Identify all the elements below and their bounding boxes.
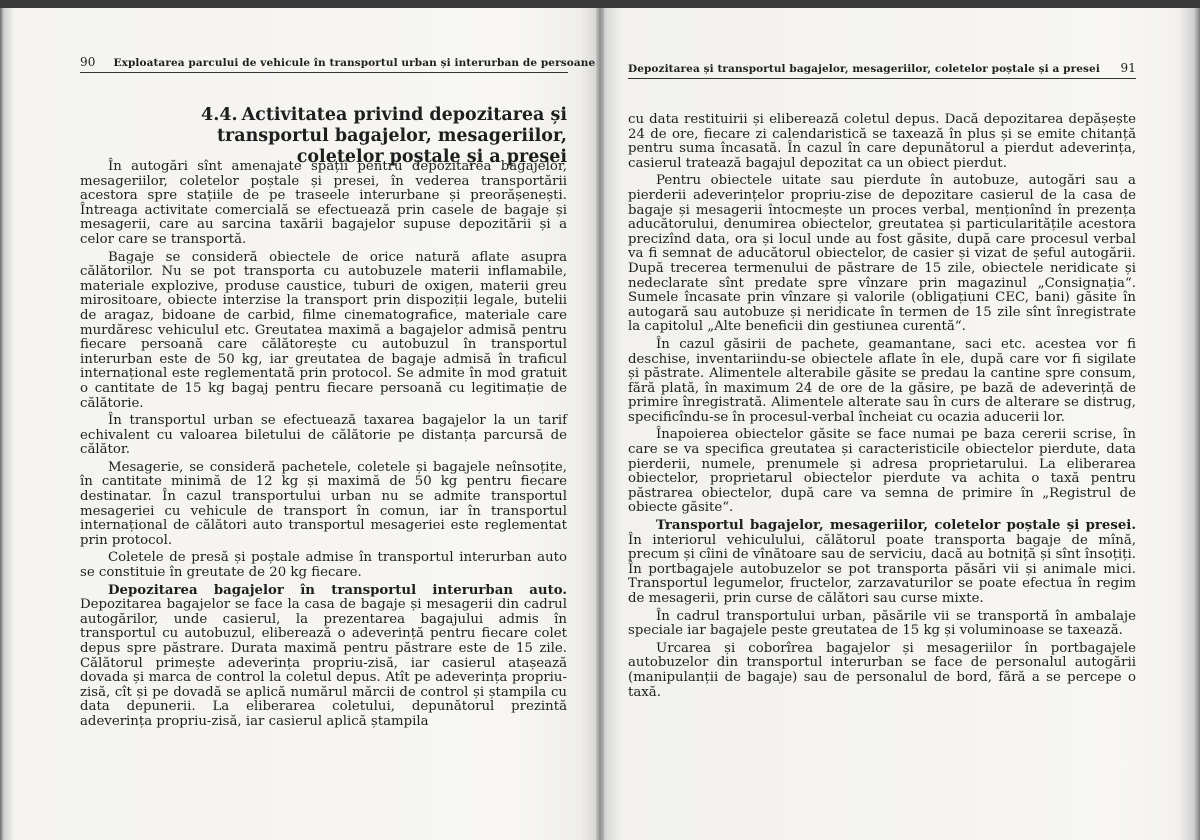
paragraph: În cadrul transportului urban, păsările … xyxy=(628,610,1136,639)
right-page: Depozitarea și transportul bagajelor, me… xyxy=(598,8,1200,840)
paragraph: Coletele de presă și poștale admise în t… xyxy=(80,551,567,580)
paragraph: În autogări sînt amenajate spații pentru… xyxy=(80,160,567,248)
page-number: 91 xyxy=(1121,61,1136,75)
running-head-title: Exploatarea parcului de vehicule în tran… xyxy=(113,57,595,69)
paragraph: Pentru obiectele uitate sau pierdute în … xyxy=(628,174,1136,335)
paragraph-with-runin-heading: Transportul bagajelor, mesageriilor, col… xyxy=(628,519,1136,607)
left-running-head: 90 Exploatarea parcului de vehicule în t… xyxy=(80,55,568,73)
paragraph: Bagaje se consideră obiectele de orice n… xyxy=(80,251,567,412)
paragraph-continued: cu data restituirii și eliberează coletu… xyxy=(628,113,1136,171)
left-page: 90 Exploatarea parcului de vehicule în t… xyxy=(0,8,598,840)
running-head-title: Depozitarea și transportul bagajelor, me… xyxy=(628,63,1103,75)
book-spread: 90 Exploatarea parcului de vehicule în t… xyxy=(0,8,1200,840)
paragraph: Mesagerie, se consideră pachetele, colet… xyxy=(80,461,567,549)
paragraph-text: În interiorul vehiculului, călătorul poa… xyxy=(628,533,1136,606)
page-number: 90 xyxy=(80,55,95,69)
left-body-text: În autogări sînt amenajate spații pentru… xyxy=(80,160,567,733)
book-gutter xyxy=(596,8,604,840)
paragraph: Înapoierea obiectelor găsite se face num… xyxy=(628,428,1136,516)
paragraph: Urcarea și coborîrea bagajelor și mesage… xyxy=(628,642,1136,700)
runin-heading: Transportul bagajelor, mesageriilor, col… xyxy=(656,518,1136,533)
runin-heading: Depozitarea bagajelor în transportul int… xyxy=(108,583,567,598)
right-body-text: cu data restituirii și eliberează coletu… xyxy=(628,113,1136,703)
section-number: 4.4. xyxy=(201,105,238,125)
section-title: Activitatea privind depozitarea și trans… xyxy=(217,105,567,167)
paragraph-text: Depozitarea bagajelor se face la casa de… xyxy=(80,597,567,729)
paragraph: În cazul găsirii de pachete, geamantane,… xyxy=(628,338,1136,426)
paragraph-with-runin-heading: Depozitarea bagajelor în transportul int… xyxy=(80,584,567,730)
right-running-head: Depozitarea și transportul bagajelor, me… xyxy=(628,61,1136,79)
paragraph: În transportul urban se efectuează taxar… xyxy=(80,414,567,458)
